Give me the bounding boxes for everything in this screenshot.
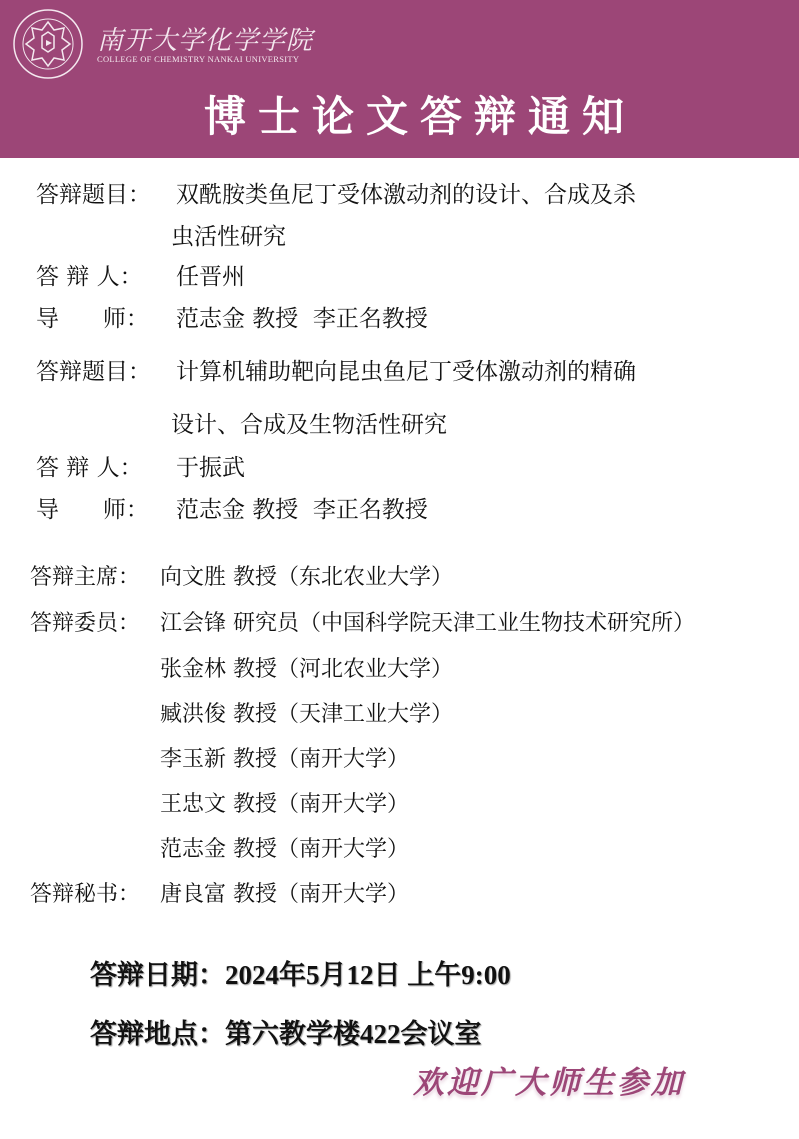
topic-line-1: 计算机辅助靶向昆虫鱼尼丁受体激动剂的精确 — [176, 357, 636, 387]
chair-label: 答辩主席： — [30, 563, 160, 593]
defense-2-topic: 答辩题目：计算机辅助靶向昆虫鱼尼丁受体激动剂的精确 — [36, 357, 636, 387]
date-label: 答辩日期： — [90, 960, 225, 990]
defense-2-advisors: 导 师：范志金 教授 李正名教授 — [36, 495, 428, 525]
committee-member: 臧洪俊 教授（天津工业大学） — [160, 700, 453, 730]
committee-member-row: 臧洪俊 教授（天津工业大学） — [160, 700, 453, 730]
committee-member-row: 王忠文 教授（南开大学） — [160, 790, 409, 820]
defense-1-topic-cont: 虫活性研究 — [171, 222, 286, 252]
college-name-en: COLLEGE OF CHEMISTRY NANKAI UNIVERSITY — [97, 54, 299, 64]
college-logo-icon — [12, 8, 84, 80]
location-label: 答辩地点： — [90, 1019, 225, 1049]
topic-line-1: 双酰胺类鱼尼丁受体激动剂的设计、合成及杀 — [176, 180, 636, 210]
candidate-label: 答 辩 人： — [36, 262, 176, 292]
advisor-names: 范志金 教授 李正名教授 — [176, 495, 428, 525]
members-label: 答辩委员： — [30, 609, 160, 639]
defense-2-candidate: 答 辩 人：于振武 — [36, 453, 245, 483]
candidate-label: 答 辩 人： — [36, 453, 176, 483]
defense-location: 答辩地点：第六教学楼422会议室 — [90, 1012, 482, 1051]
defense-1-topic: 答辩题目：双酰胺类鱼尼丁受体激动剂的设计、合成及杀 — [36, 180, 636, 210]
topic-label: 答辩题目： — [36, 357, 176, 387]
committee-member-row: 李玉新 教授（南开大学） — [160, 745, 409, 775]
committee-member: 江会锋 研究员（中国科学院天津工业生物技术研究所） — [160, 609, 695, 639]
advisor-label: 导 师： — [36, 304, 176, 334]
committee-member: 范志金 教授（南开大学） — [160, 835, 409, 865]
college-name-cn: 南开大学化学学院 — [97, 20, 313, 57]
committee-secretary: 答辩秘书：唐良富 教授（南开大学） — [30, 880, 409, 910]
committee-member: 李玉新 教授（南开大学） — [160, 745, 409, 775]
committee-member: 王忠文 教授（南开大学） — [160, 790, 409, 820]
page-title: 博士论文答辩通知 — [204, 84, 636, 144]
advisor-names: 范志金 教授 李正名教授 — [176, 304, 428, 334]
committee-member-row: 范志金 教授（南开大学） — [160, 835, 409, 865]
committee-member: 张金林 教授（河北农业大学） — [160, 655, 453, 685]
date-value: 2024年5月12日 上午9:00 — [225, 960, 511, 990]
candidate-name: 任晋州 — [176, 262, 245, 292]
location-value: 第六教学楼422会议室 — [225, 1019, 482, 1049]
defense-date: 答辩日期：2024年5月12日 上午9:00 — [90, 953, 511, 992]
topic-label: 答辩题目： — [36, 180, 176, 210]
committee-member-row: 答辩委员：江会锋 研究员（中国科学院天津工业生物技术研究所） — [30, 609, 695, 639]
welcome-message: 欢迎广大师生参加 — [413, 1057, 685, 1102]
header-banner: 南开大学化学学院 COLLEGE OF CHEMISTRY NANKAI UNI… — [0, 0, 799, 158]
topic-line-2: 虫活性研究 — [171, 222, 286, 252]
defense-1-candidate: 答 辩 人：任晋州 — [36, 262, 245, 292]
defense-1-advisors: 导 师：范志金 教授 李正名教授 — [36, 304, 428, 334]
committee-member-row: 张金林 教授（河北农业大学） — [160, 655, 453, 685]
chair-name: 向文胜 教授（东北农业大学） — [160, 563, 453, 593]
secretary-name: 唐良富 教授（南开大学） — [160, 880, 409, 910]
advisor-label: 导 师： — [36, 495, 176, 525]
defense-2-topic-cont: 设计、合成及生物活性研究 — [171, 410, 447, 440]
candidate-name: 于振武 — [176, 453, 245, 483]
committee-chair: 答辩主席：向文胜 教授（东北农业大学） — [30, 563, 453, 593]
secretary-label: 答辩秘书： — [30, 880, 160, 910]
topic-line-2: 设计、合成及生物活性研究 — [171, 410, 447, 440]
